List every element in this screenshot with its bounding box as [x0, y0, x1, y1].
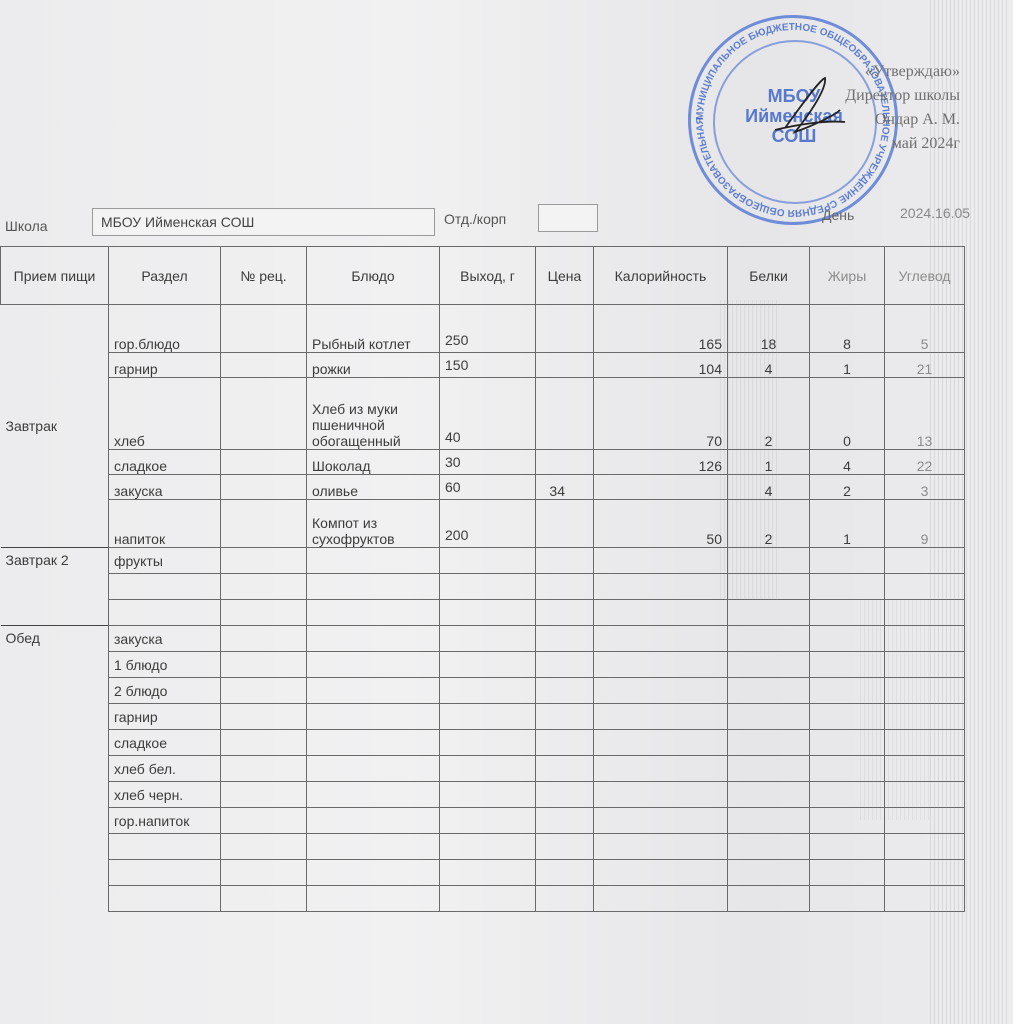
approval-title: «Утверждаю»	[800, 60, 960, 84]
cell-dish	[307, 782, 440, 808]
cell-fat: 4	[810, 450, 885, 475]
cell-recipe	[221, 574, 307, 600]
cell-recipe	[221, 353, 307, 378]
cell-dish: Хлеб из муки пшеничной обогащенный	[307, 378, 440, 450]
cell-yield: 30	[440, 450, 536, 475]
cell-kcal	[594, 626, 728, 652]
cell-dish	[307, 600, 440, 626]
cell-recipe	[221, 378, 307, 450]
cell-protein	[728, 860, 810, 886]
cell-protein: 18	[728, 305, 810, 353]
cell-carbs: 3	[885, 475, 965, 500]
cell-protein	[728, 652, 810, 678]
cell-price	[536, 600, 594, 626]
cell-price	[536, 450, 594, 475]
cell-kcal	[594, 860, 728, 886]
cell-dish: Компот из сухофруктов	[307, 500, 440, 548]
cell-dish: рожки	[307, 353, 440, 378]
cell-yield: 150	[440, 353, 536, 378]
cell-kcal: 70	[594, 378, 728, 450]
cell-section: закуска	[109, 626, 221, 652]
cell-yield	[440, 886, 536, 912]
cell-price	[536, 548, 594, 574]
cell-dish	[307, 704, 440, 730]
col-price-header: Цена	[536, 247, 594, 305]
cell-protein	[728, 626, 810, 652]
cell-protein	[728, 886, 810, 912]
cell-kcal	[594, 886, 728, 912]
cell-yield	[440, 548, 536, 574]
col-dish-header: Блюдо	[307, 247, 440, 305]
cell-kcal	[594, 678, 728, 704]
cell-recipe	[221, 730, 307, 756]
cell-carbs	[885, 548, 965, 574]
cell-yield	[440, 834, 536, 860]
approval-date: май 2024г	[800, 132, 960, 156]
cell-section: фрукты	[109, 548, 221, 574]
cell-carbs	[885, 678, 965, 704]
cell-yield	[440, 652, 536, 678]
cell-price	[536, 574, 594, 600]
cell-fat: 2	[810, 475, 885, 500]
cell-section: 1 блюдо	[109, 652, 221, 678]
cell-kcal	[594, 756, 728, 782]
cell-carbs: 13	[885, 378, 965, 450]
cell-carbs	[885, 652, 965, 678]
cell-kcal	[594, 730, 728, 756]
cell-section: гарнир	[109, 353, 221, 378]
cell-dish	[307, 730, 440, 756]
cell-fat	[810, 626, 885, 652]
cell-section: напиток	[109, 500, 221, 548]
cell-price	[536, 886, 594, 912]
cell-carbs	[885, 834, 965, 860]
cell-kcal	[594, 834, 728, 860]
col-fat-header: Жиры	[810, 247, 885, 305]
cell-fat: 1	[810, 500, 885, 548]
cell-protein	[728, 574, 810, 600]
cell-price: 34	[536, 475, 594, 500]
cell-fat	[810, 860, 885, 886]
cell-section: хлеб	[109, 378, 221, 450]
cell-dish	[307, 834, 440, 860]
cell-protein: 4	[728, 353, 810, 378]
cell-price	[536, 782, 594, 808]
cell-yield: 40	[440, 378, 536, 450]
table-row: хлеб черн.	[1, 782, 965, 808]
cell-section: закуска	[109, 475, 221, 500]
cell-fat	[810, 886, 885, 912]
cell-protein	[728, 756, 810, 782]
cell-protein: 1	[728, 450, 810, 475]
cell-dish	[307, 548, 440, 574]
table-row	[1, 600, 965, 626]
cell-dish	[307, 652, 440, 678]
cell-yield	[440, 626, 536, 652]
cell-recipe	[221, 808, 307, 834]
table-row: хлебХлеб из муки пшеничной обогащенный40…	[1, 378, 965, 450]
cell-carbs	[885, 756, 965, 782]
cell-recipe	[221, 834, 307, 860]
cell-section: гарнир	[109, 704, 221, 730]
table-row: гор.напиток	[1, 808, 965, 834]
cell-protein	[728, 600, 810, 626]
col-meal-header: Прием пищи	[1, 247, 109, 305]
meal-name: Завтрак 2	[1, 548, 109, 626]
cell-section: сладкое	[109, 450, 221, 475]
col-carbs-header: Углевод	[885, 247, 965, 305]
table-row: 1 блюдо	[1, 652, 965, 678]
cell-recipe	[221, 860, 307, 886]
cell-fat	[810, 548, 885, 574]
cell-protein: 4	[728, 475, 810, 500]
dept-label: Отд./корп	[444, 211, 506, 227]
cell-dish	[307, 678, 440, 704]
cell-kcal	[594, 548, 728, 574]
cell-section: сладкое	[109, 730, 221, 756]
cell-yield	[440, 860, 536, 886]
cell-kcal: 126	[594, 450, 728, 475]
cell-fat	[810, 600, 885, 626]
cell-kcal	[594, 782, 728, 808]
cell-protein	[728, 808, 810, 834]
cell-dish	[307, 574, 440, 600]
cell-carbs	[885, 782, 965, 808]
table-row: сладкое	[1, 730, 965, 756]
cell-fat	[810, 574, 885, 600]
cell-carbs	[885, 886, 965, 912]
cell-recipe	[221, 500, 307, 548]
col-yield-header: Выход, г	[440, 247, 536, 305]
cell-section: 2 блюдо	[109, 678, 221, 704]
cell-yield: 60	[440, 475, 536, 500]
cell-yield	[440, 678, 536, 704]
cell-protein	[728, 834, 810, 860]
cell-section: гор.блюдо	[109, 305, 221, 353]
cell-carbs: 21	[885, 353, 965, 378]
cell-section	[109, 860, 221, 886]
cell-section: хлеб черн.	[109, 782, 221, 808]
cell-fat: 1	[810, 353, 885, 378]
col-recipe-header: № рец.	[221, 247, 307, 305]
cell-fat	[810, 730, 885, 756]
cell-fat	[810, 782, 885, 808]
school-label: Школа	[5, 218, 48, 234]
cell-recipe	[221, 678, 307, 704]
cell-fat	[810, 834, 885, 860]
cell-recipe	[221, 450, 307, 475]
cell-carbs: 5	[885, 305, 965, 353]
table-row	[1, 834, 965, 860]
cell-carbs: 22	[885, 450, 965, 475]
col-kcal-header: Калорийность	[594, 247, 728, 305]
cell-fat	[810, 808, 885, 834]
table-row	[1, 886, 965, 912]
cell-protein: 2	[728, 500, 810, 548]
cell-dish	[307, 886, 440, 912]
cell-carbs	[885, 808, 965, 834]
cell-price	[536, 678, 594, 704]
table-row: закускаоливье6034423	[1, 475, 965, 500]
col-section-header: Раздел	[109, 247, 221, 305]
cell-recipe	[221, 652, 307, 678]
approval-block: «Утверждаю» Директор школы Ондар А. М. м…	[800, 60, 960, 156]
table-row: Завтракгор.блюдоРыбный котлет2501651885	[1, 305, 965, 353]
cell-dish: Рыбный котлет	[307, 305, 440, 353]
meal-name: Обед	[1, 626, 109, 912]
cell-carbs	[885, 600, 965, 626]
cell-kcal	[594, 600, 728, 626]
cell-yield: 250	[440, 305, 536, 353]
cell-dish	[307, 808, 440, 834]
cell-recipe	[221, 782, 307, 808]
menu-table: Прием пищиРаздел№ рец.БлюдоВыход, гЦенаК…	[0, 246, 965, 912]
cell-dish	[307, 860, 440, 886]
cell-fat: 8	[810, 305, 885, 353]
cell-kcal	[594, 808, 728, 834]
approval-name: Ондар А. М.	[800, 108, 960, 132]
cell-section	[109, 886, 221, 912]
cell-dish: оливье	[307, 475, 440, 500]
cell-recipe	[221, 886, 307, 912]
table-row: напитокКомпот из сухофруктов20050219	[1, 500, 965, 548]
cell-section: гор.напиток	[109, 808, 221, 834]
cell-kcal	[594, 475, 728, 500]
cell-fat	[810, 678, 885, 704]
cell-yield	[440, 808, 536, 834]
cell-carbs: 9	[885, 500, 965, 548]
cell-section: хлеб бел.	[109, 756, 221, 782]
cell-price	[536, 756, 594, 782]
table-row: Завтрак 2фрукты	[1, 548, 965, 574]
cell-yield	[440, 730, 536, 756]
cell-carbs	[885, 730, 965, 756]
cell-price	[536, 808, 594, 834]
cell-yield	[440, 600, 536, 626]
cell-protein	[728, 678, 810, 704]
table-row	[1, 860, 965, 886]
cell-dish: Шоколад	[307, 450, 440, 475]
table-row: сладкоеШоколад301261422	[1, 450, 965, 475]
meal-name: Завтрак	[1, 305, 109, 548]
cell-yield	[440, 574, 536, 600]
cell-dish	[307, 756, 440, 782]
school-field: МБОУ Ийменская СОШ	[92, 208, 435, 236]
dept-field	[538, 204, 598, 232]
cell-protein: 2	[728, 378, 810, 450]
cell-recipe	[221, 704, 307, 730]
cell-price	[536, 860, 594, 886]
day-value: 2024.16.05	[900, 205, 970, 221]
cell-kcal: 165	[594, 305, 728, 353]
cell-section	[109, 834, 221, 860]
cell-recipe	[221, 626, 307, 652]
cell-price	[536, 353, 594, 378]
cell-yield: 200	[440, 500, 536, 548]
cell-yield	[440, 782, 536, 808]
cell-protein	[728, 782, 810, 808]
cell-kcal: 104	[594, 353, 728, 378]
cell-carbs	[885, 574, 965, 600]
cell-price	[536, 378, 594, 450]
day-label: День	[822, 207, 854, 223]
cell-carbs	[885, 860, 965, 886]
cell-dish	[307, 626, 440, 652]
cell-protein	[728, 704, 810, 730]
cell-carbs	[885, 704, 965, 730]
table-row: хлеб бел.	[1, 756, 965, 782]
table-row: гарнир	[1, 704, 965, 730]
table-row	[1, 574, 965, 600]
cell-section	[109, 600, 221, 626]
cell-recipe	[221, 475, 307, 500]
cell-price	[536, 305, 594, 353]
cell-fat	[810, 756, 885, 782]
cell-yield	[440, 704, 536, 730]
cell-recipe	[221, 756, 307, 782]
table-row: 2 блюдо	[1, 678, 965, 704]
cell-kcal	[594, 652, 728, 678]
table-header: Прием пищиРаздел№ рец.БлюдоВыход, гЦенаК…	[1, 247, 965, 305]
cell-recipe	[221, 305, 307, 353]
cell-protein	[728, 548, 810, 574]
cell-price	[536, 652, 594, 678]
table-row: гарниррожки1501044121	[1, 353, 965, 378]
cell-fat	[810, 652, 885, 678]
cell-recipe	[221, 600, 307, 626]
cell-yield	[440, 756, 536, 782]
cell-price	[536, 704, 594, 730]
cell-price	[536, 730, 594, 756]
cell-carbs	[885, 626, 965, 652]
cell-recipe	[221, 548, 307, 574]
cell-price	[536, 626, 594, 652]
cell-protein	[728, 730, 810, 756]
approval-position: Директор школы	[800, 84, 960, 108]
cell-kcal: 50	[594, 500, 728, 548]
cell-section	[109, 574, 221, 600]
cell-kcal	[594, 574, 728, 600]
cell-fat	[810, 704, 885, 730]
col-protein-header: Белки	[728, 247, 810, 305]
cell-price	[536, 500, 594, 548]
cell-kcal	[594, 704, 728, 730]
cell-fat: 0	[810, 378, 885, 450]
table-row: Обедзакуска	[1, 626, 965, 652]
cell-price	[536, 834, 594, 860]
